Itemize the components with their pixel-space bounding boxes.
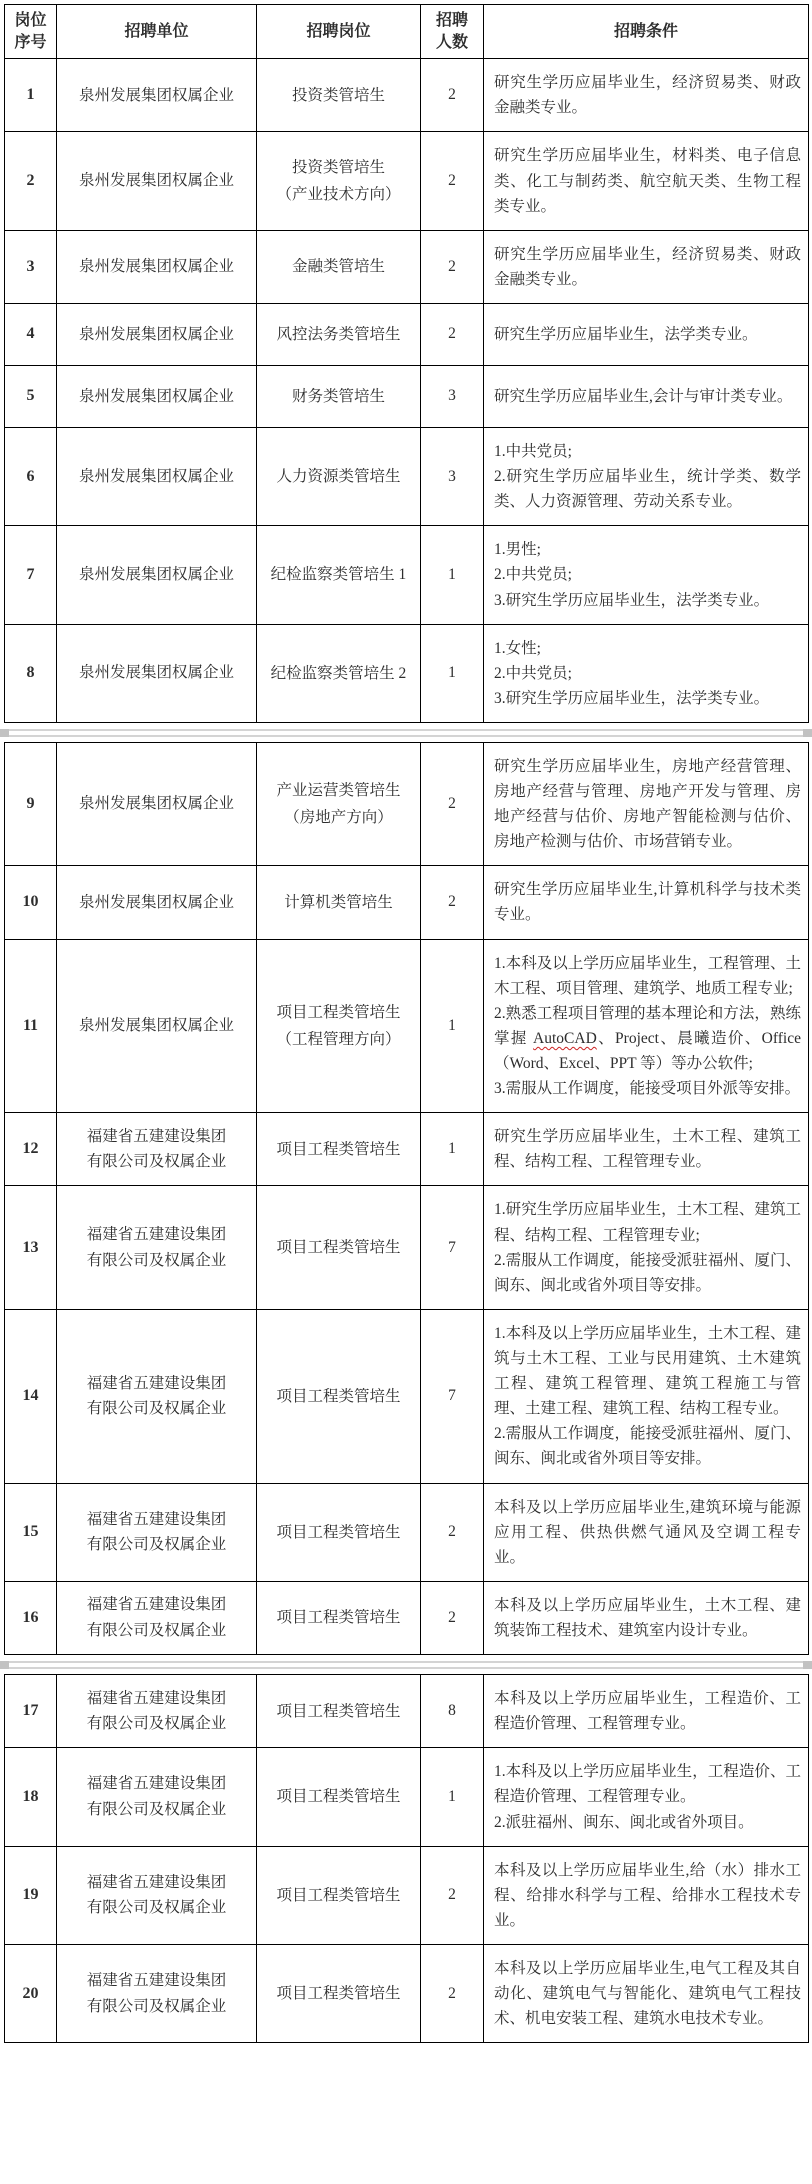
cell-headcount: 1	[421, 526, 484, 624]
cell-position-number: 12	[5, 1113, 57, 1186]
cell-conditions: 研究生学历应届毕业生，房地产经营管理、房地产经营与管理、房地产开发与管理、房地产…	[484, 742, 809, 865]
cell-headcount: 2	[421, 1846, 484, 1944]
page-break-line	[0, 729, 812, 737]
condition-line: 1.本科及以上学历应届毕业生，工程管理、土木工程、项目管理、建筑学、地质工程专业…	[494, 951, 801, 1001]
condition-line: 2.派驻福州、闽东、闽北或省外项目。	[494, 1810, 801, 1835]
table-row: 15福建省五建建设集团 有限公司及权属企业项目工程类管培生2本科及以上学历应届毕…	[5, 1483, 809, 1581]
table-header-row: 岗位 序号招聘单位招聘岗位招聘 人数招聘条件	[5, 5, 809, 59]
cell-conditions: 研究生学历应届毕业生，经济贸易类、财政金融类专业。	[484, 230, 809, 303]
cell-position-number: 8	[5, 624, 57, 722]
cell-position-number: 6	[5, 427, 57, 525]
cell-conditions: 本科及以上学历应届毕业生,建筑环境与能源应用工程、供热供燃气通风及空调工程专业。	[484, 1483, 809, 1581]
cell-position-number: 3	[5, 230, 57, 303]
recruitment-table-section-1: 岗位 序号招聘单位招聘岗位招聘 人数招聘条件 1泉州发展集团权属企业投资类管培生…	[4, 4, 809, 723]
cell-position-number: 16	[5, 1581, 57, 1654]
column-header: 招聘单位	[57, 5, 257, 59]
condition-line: 研究生学历应届毕业生，经济贸易类、财政金融类专业。	[494, 242, 801, 292]
cell-position-number: 15	[5, 1483, 57, 1581]
cell-recruiting-unit: 福建省五建建设集团 有限公司及权属企业	[57, 1113, 257, 1186]
condition-line: 本科及以上学历应届毕业生,给（水）排水工程、给排水科学与工程、给排水工程技术专业…	[494, 1858, 801, 1933]
cell-conditions: 本科及以上学历应届毕业生,电气工程及其自动化、建筑电气与智能化、建筑电气工程技术…	[484, 1944, 809, 2042]
cell-conditions: 本科及以上学历应届毕业生,给（水）排水工程、给排水科学与工程、给排水工程技术专业…	[484, 1846, 809, 1944]
condition-line: 3.研究生学历应届毕业生，法学类专业。	[494, 686, 801, 711]
recruitment-document-page: 岗位 序号招聘单位招聘岗位招聘 人数招聘条件 1泉州发展集团权属企业投资类管培生…	[0, 0, 812, 2111]
cell-conditions: 1.研究生学历应届毕业生，土木工程、建筑工程、结构工程、工程管理专业;2.需服从…	[484, 1186, 809, 1309]
cell-position-number: 4	[5, 303, 57, 365]
cell-recruiting-unit: 泉州发展集团权属企业	[57, 624, 257, 722]
cell-position-number: 10	[5, 866, 57, 939]
cell-job-position: 项目工程类管培生	[257, 1581, 421, 1654]
cell-position-number: 19	[5, 1846, 57, 1944]
table-row: 10泉州发展集团权属企业计算机类管培生2研究生学历应届毕业生,计算机科学与技术类…	[5, 866, 809, 939]
column-header: 招聘岗位	[257, 5, 421, 59]
page-break-divider	[0, 1655, 812, 1674]
cell-job-position: 项目工程类管培生	[257, 1846, 421, 1944]
condition-line: 研究生学历应届毕业生，材料类、电子信息类、化工与制药类、航空航天类、生物工程类专…	[494, 143, 801, 218]
cell-conditions: 1.本科及以上学历应届毕业生，工程管理、土木工程、项目管理、建筑学、地质工程专业…	[484, 939, 809, 1113]
cell-conditions: 1.中共党员;2.研究生学历应届毕业生，统计学类、数学类、人力资源管理、劳动关系…	[484, 427, 809, 525]
condition-line: 研究生学历应届毕业生,计算机科学与技术类专业。	[494, 877, 801, 927]
cell-job-position: 项目工程类管培生	[257, 1748, 421, 1846]
cell-headcount: 8	[421, 1675, 484, 1748]
condition-line: 研究生学历应届毕业生，法学类专业。	[494, 322, 801, 347]
header-row: 岗位 序号招聘单位招聘岗位招聘 人数招聘条件	[5, 5, 809, 59]
cell-recruiting-unit: 泉州发展集团权属企业	[57, 526, 257, 624]
condition-line: 1.研究生学历应届毕业生，土木工程、建筑工程、结构工程、工程管理专业;	[494, 1197, 801, 1247]
cell-recruiting-unit: 泉州发展集团权属企业	[57, 742, 257, 865]
cell-recruiting-unit: 福建省五建建设集团 有限公司及权属企业	[57, 1309, 257, 1483]
table-row: 14福建省五建建设集团 有限公司及权属企业项目工程类管培生71.本科及以上学历应…	[5, 1309, 809, 1483]
cell-job-position: 项目工程类管培生	[257, 1944, 421, 2042]
cell-headcount: 1	[421, 939, 484, 1113]
table-row: 8泉州发展集团权属企业纪检监察类管培生 211.女性;2.中共党员;3.研究生学…	[5, 624, 809, 722]
table-row: 17福建省五建建设集团 有限公司及权属企业项目工程类管培生8本科及以上学历应届毕…	[5, 1675, 809, 1748]
table-row: 2泉州发展集团权属企业投资类管培生 （产业技术方向）2研究生学历应届毕业生，材料…	[5, 132, 809, 230]
cell-recruiting-unit: 福建省五建建设集团 有限公司及权属企业	[57, 1186, 257, 1309]
cell-headcount: 1	[421, 1748, 484, 1846]
table-row: 13福建省五建建设集团 有限公司及权属企业项目工程类管培生71.研究生学历应届毕…	[5, 1186, 809, 1309]
condition-line: 2.中共党员;	[494, 562, 801, 587]
cell-job-position: 纪检监察类管培生 2	[257, 624, 421, 722]
cell-conditions: 本科及以上学历应届毕业生，土木工程、建筑装饰工程技术、建筑室内设计专业。	[484, 1581, 809, 1654]
condition-line: 2.需服从工作调度，能接受派驻福州、厦门、闽东、闽北或省外项目等安排。	[494, 1421, 801, 1471]
cell-recruiting-unit: 泉州发展集团权属企业	[57, 427, 257, 525]
table-row: 9泉州发展集团权属企业产业运营类管培生 （房地产方向）2研究生学历应届毕业生，房…	[5, 742, 809, 865]
cell-job-position: 项目工程类管培生 （工程管理方向）	[257, 939, 421, 1113]
cell-position-number: 18	[5, 1748, 57, 1846]
column-header: 招聘条件	[484, 5, 809, 59]
cell-recruiting-unit: 福建省五建建设集团 有限公司及权属企业	[57, 1846, 257, 1944]
cell-position-number: 17	[5, 1675, 57, 1748]
cell-headcount: 2	[421, 1483, 484, 1581]
condition-line: 1.女性;	[494, 636, 801, 661]
cell-recruiting-unit: 泉州发展集团权属企业	[57, 59, 257, 132]
condition-line: 3.需服从工作调度，能接受项目外派等安排。	[494, 1076, 801, 1101]
cell-recruiting-unit: 福建省五建建设集团 有限公司及权属企业	[57, 1483, 257, 1581]
cell-job-position: 投资类管培生 （产业技术方向）	[257, 132, 421, 230]
cell-job-position: 项目工程类管培生	[257, 1675, 421, 1748]
condition-line: 3.研究生学历应届毕业生，法学类专业。	[494, 588, 801, 613]
cell-position-number: 14	[5, 1309, 57, 1483]
condition-line: 研究生学历应届毕业生，土木工程、建筑工程、结构工程、工程管理专业。	[494, 1124, 801, 1174]
cell-job-position: 风控法务类管培生	[257, 303, 421, 365]
recruitment-table-section-2: 9泉州发展集团权属企业产业运营类管培生 （房地产方向）2研究生学历应届毕业生，房…	[4, 742, 809, 1655]
table-row: 18福建省五建建设集团 有限公司及权属企业项目工程类管培生11.本科及以上学历应…	[5, 1748, 809, 1846]
cell-position-number: 11	[5, 939, 57, 1113]
condition-line: 2.研究生学历应届毕业生，统计学类、数学类、人力资源管理、劳动关系专业。	[494, 464, 801, 514]
recruitment-table-section-3: 17福建省五建建设集团 有限公司及权属企业项目工程类管培生8本科及以上学历应届毕…	[4, 1674, 809, 2043]
cell-recruiting-unit: 泉州发展集团权属企业	[57, 132, 257, 230]
cell-recruiting-unit: 泉州发展集团权属企业	[57, 230, 257, 303]
condition-line: 研究生学历应届毕业生,会计与审计类专业。	[494, 384, 801, 409]
cell-conditions: 研究生学历应届毕业生,计算机科学与技术类专业。	[484, 866, 809, 939]
cell-position-number: 7	[5, 526, 57, 624]
cell-conditions: 研究生学历应届毕业生，土木工程、建筑工程、结构工程、工程管理专业。	[484, 1113, 809, 1186]
cell-recruiting-unit: 泉州发展集团权属企业	[57, 866, 257, 939]
cell-headcount: 1	[421, 624, 484, 722]
column-header: 招聘 人数	[421, 5, 484, 59]
cell-job-position: 项目工程类管培生	[257, 1186, 421, 1309]
cell-position-number: 5	[5, 365, 57, 427]
cell-headcount: 7	[421, 1309, 484, 1483]
condition-line: 本科及以上学历应届毕业生，土木工程、建筑装饰工程技术、建筑室内设计专业。	[494, 1593, 801, 1643]
cell-headcount: 7	[421, 1186, 484, 1309]
cell-conditions: 1.本科及以上学历应届毕业生，工程造价、工程造价管理、工程管理专业。2.派驻福州…	[484, 1748, 809, 1846]
condition-line: 研究生学历应届毕业生，经济贸易类、财政金融类专业。	[494, 70, 801, 120]
cell-conditions: 研究生学历应届毕业生，材料类、电子信息类、化工与制药类、航空航天类、生物工程类专…	[484, 132, 809, 230]
condition-line: 1.本科及以上学历应届毕业生，土木工程、建筑与土木工程、工业与民用建筑、土木建筑…	[494, 1321, 801, 1421]
cell-headcount: 2	[421, 866, 484, 939]
cell-headcount: 2	[421, 1581, 484, 1654]
cell-conditions: 研究生学历应届毕业生,会计与审计类专业。	[484, 365, 809, 427]
cell-conditions: 1.女性;2.中共党员;3.研究生学历应届毕业生，法学类专业。	[484, 624, 809, 722]
table-row: 12福建省五建建设集团 有限公司及权属企业项目工程类管培生1研究生学历应届毕业生…	[5, 1113, 809, 1186]
cell-conditions: 研究生学历应届毕业生，法学类专业。	[484, 303, 809, 365]
cell-headcount: 2	[421, 230, 484, 303]
table-row: 19福建省五建建设集团 有限公司及权属企业项目工程类管培生2本科及以上学历应届毕…	[5, 1846, 809, 1944]
cell-recruiting-unit: 福建省五建建设集团 有限公司及权属企业	[57, 1675, 257, 1748]
table-row: 5泉州发展集团权属企业财务类管培生3研究生学历应届毕业生,会计与审计类专业。	[5, 365, 809, 427]
cell-headcount: 2	[421, 59, 484, 132]
condition-line: 1.本科及以上学历应届毕业生，工程造价、工程造价管理、工程管理专业。	[494, 1759, 801, 1809]
table-row: 7泉州发展集团权属企业纪检监察类管培生 111.男性;2.中共党员;3.研究生学…	[5, 526, 809, 624]
condition-line: 本科及以上学历应届毕业生,建筑环境与能源应用工程、供热供燃气通风及空调工程专业。	[494, 1495, 801, 1570]
cell-conditions: 1.本科及以上学历应届毕业生，土木工程、建筑与土木工程、工业与民用建筑、土木建筑…	[484, 1309, 809, 1483]
cell-recruiting-unit: 泉州发展集团权属企业	[57, 939, 257, 1113]
column-header: 岗位 序号	[5, 5, 57, 59]
cell-headcount: 3	[421, 365, 484, 427]
cell-headcount: 1	[421, 1113, 484, 1186]
cell-job-position: 人力资源类管培生	[257, 427, 421, 525]
cell-position-number: 20	[5, 1944, 57, 2042]
cell-job-position: 投资类管培生	[257, 59, 421, 132]
cell-headcount: 2	[421, 303, 484, 365]
cell-job-position: 项目工程类管培生	[257, 1113, 421, 1186]
condition-line: 本科及以上学历应届毕业生，工程造价、工程造价管理、工程管理专业。	[494, 1686, 801, 1736]
cell-position-number: 13	[5, 1186, 57, 1309]
table-row: 11泉州发展集团权属企业项目工程类管培生 （工程管理方向）11.本科及以上学历应…	[5, 939, 809, 1113]
cell-conditions: 1.男性;2.中共党员;3.研究生学历应届毕业生，法学类专业。	[484, 526, 809, 624]
cell-position-number: 9	[5, 742, 57, 865]
page-break-divider	[0, 723, 812, 742]
bottom-whitespace	[4, 2043, 812, 2111]
cell-recruiting-unit: 福建省五建建设集团 有限公司及权属企业	[57, 1581, 257, 1654]
cell-recruiting-unit: 福建省五建建设集团 有限公司及权属企业	[57, 1748, 257, 1846]
cell-headcount: 2	[421, 742, 484, 865]
spellcheck-underlined-word: AutoCAD	[533, 1030, 597, 1047]
cell-conditions: 研究生学历应届毕业生，经济贸易类、财政金融类专业。	[484, 59, 809, 132]
condition-line: 1.男性;	[494, 537, 801, 562]
cell-recruiting-unit: 福建省五建建设集团 有限公司及权属企业	[57, 1944, 257, 2042]
table-row: 4泉州发展集团权属企业风控法务类管培生2研究生学历应届毕业生，法学类专业。	[5, 303, 809, 365]
table-row: 20福建省五建建设集团 有限公司及权属企业项目工程类管培生2本科及以上学历应届毕…	[5, 1944, 809, 2042]
condition-line: 2.熟悉工程项目管理的基本理论和方法，熟练掌握 AutoCAD、Project、…	[494, 1001, 801, 1076]
cell-job-position: 计算机类管培生	[257, 866, 421, 939]
condition-line: 2.中共党员;	[494, 661, 801, 686]
condition-line: 本科及以上学历应届毕业生,电气工程及其自动化、建筑电气与智能化、建筑电气工程技术…	[494, 1956, 801, 2031]
condition-line: 1.中共党员;	[494, 439, 801, 464]
cell-job-position: 项目工程类管培生	[257, 1483, 421, 1581]
cell-recruiting-unit: 泉州发展集团权属企业	[57, 365, 257, 427]
cell-job-position: 财务类管培生	[257, 365, 421, 427]
cell-job-position: 产业运营类管培生 （房地产方向）	[257, 742, 421, 865]
cell-conditions: 本科及以上学历应届毕业生，工程造价、工程造价管理、工程管理专业。	[484, 1675, 809, 1748]
cell-headcount: 3	[421, 427, 484, 525]
cell-job-position: 金融类管培生	[257, 230, 421, 303]
cell-position-number: 2	[5, 132, 57, 230]
condition-line: 研究生学历应届毕业生，房地产经营管理、房地产经营与管理、房地产开发与管理、房地产…	[494, 754, 801, 854]
cell-job-position: 项目工程类管培生	[257, 1309, 421, 1483]
cell-position-number: 1	[5, 59, 57, 132]
condition-line: 2.需服从工作调度，能接受派驻福州、厦门、闽东、闽北或省外项目等安排。	[494, 1248, 801, 1298]
cell-headcount: 2	[421, 1944, 484, 2042]
cell-headcount: 2	[421, 132, 484, 230]
table-row: 6泉州发展集团权属企业人力资源类管培生31.中共党员;2.研究生学历应届毕业生，…	[5, 427, 809, 525]
cell-recruiting-unit: 泉州发展集团权属企业	[57, 303, 257, 365]
table-row: 3泉州发展集团权属企业金融类管培生2研究生学历应届毕业生，经济贸易类、财政金融类…	[5, 230, 809, 303]
page-break-line	[0, 1661, 812, 1669]
table-row: 1泉州发展集团权属企业投资类管培生2研究生学历应届毕业生，经济贸易类、财政金融类…	[5, 59, 809, 132]
table-row: 16福建省五建建设集团 有限公司及权属企业项目工程类管培生2本科及以上学历应届毕…	[5, 1581, 809, 1654]
cell-job-position: 纪检监察类管培生 1	[257, 526, 421, 624]
